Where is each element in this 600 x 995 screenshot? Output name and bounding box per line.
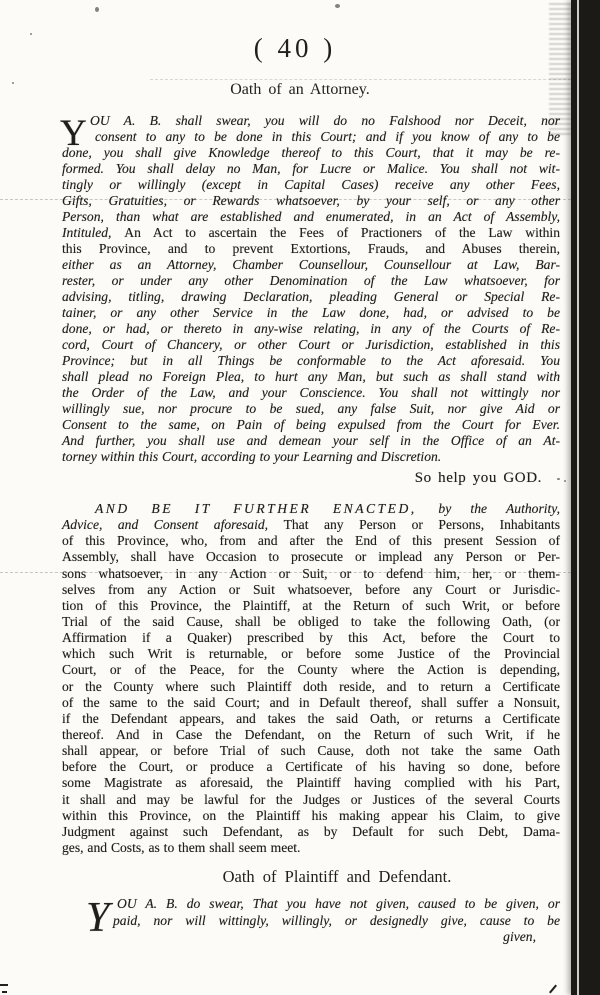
text-line: paid, nor will wittingly, willingly, or … — [62, 913, 560, 930]
text-line: advising, titling, drawing Declaration, … — [62, 289, 560, 305]
section-heading-plaintiff-oath: Oath of Plaintiff and Defendant. — [88, 867, 586, 887]
text-line: some Magistrate as aforesaid, the Plaint… — [62, 775, 560, 791]
ink-speck — [335, 4, 340, 8]
text-line: And further, you shall use and demean yo… — [62, 433, 560, 449]
text-segment: paid, nor will wittingly, willingly, or … — [113, 913, 560, 928]
text-segment: done, or had, or thereto in any-wise rel… — [62, 321, 560, 336]
text-segment: some Magistrate as aforesaid, the Plaint… — [62, 775, 560, 790]
section-heading-attorney-oath: Oath of an Attorney. — [51, 81, 549, 99]
text-line: the Order of the Law, and your Conscienc… — [62, 385, 560, 401]
text-segment: which such Writ is returnable, or before… — [62, 646, 560, 661]
text-line: ges, and Costs, as to them shall seem me… — [62, 840, 560, 856]
text-segment: done, you shall give Knowledge thereof t… — [62, 145, 560, 160]
text-segment: before the Court, or produce a Certifica… — [62, 759, 560, 774]
text-line: Advice, and Consent aforesaid, That any … — [62, 517, 560, 533]
text-segment: Person, than what are established and en… — [62, 209, 560, 224]
text-line: Trial of the said Cause, shall be oblige… — [62, 614, 560, 630]
text-segment: of the same to the said Court; and in De… — [62, 695, 560, 710]
edge-mark — [2, 991, 7, 993]
text-segment: willingly sue, nor procure to be sued, a… — [62, 401, 560, 416]
text-segment: by the Authority, — [438, 501, 560, 516]
text-segment: it shall and may be lawful for the Judge… — [62, 792, 560, 807]
text-line: which such Writ is returnable, or before… — [62, 646, 560, 662]
text-line: before the Court, or produce a Certifica… — [62, 759, 560, 775]
text-line: OU A. B. shall swear, you will do no Fal… — [62, 113, 560, 129]
text-line: Court, or of the Peace, for the County w… — [62, 662, 560, 678]
text-line: this Province, and to prevent Extortions… — [62, 241, 560, 257]
catchword: given, — [62, 929, 560, 945]
text-line: rester, or under any other Denomination … — [62, 273, 560, 289]
plaintiff-oath-paragraph: Y OU A. B. do swear, That you have not g… — [62, 896, 560, 929]
text-segment: or the County where such Plaintiff doth … — [62, 679, 560, 694]
text-line: either as an Attorney, Chamber Counsello… — [62, 257, 560, 273]
text-segment: either as an Attorney, Chamber Counsello… — [62, 257, 560, 272]
edge-mark — [549, 985, 557, 994]
text-segment: Court, or of the Peace, for the County w… — [62, 662, 560, 677]
drop-cap-y: Y — [60, 115, 87, 152]
text-line: Person, than what are established and en… — [62, 209, 560, 225]
text-segment: Intituled, — [62, 225, 124, 240]
text-segment: tingly or willingly (except in Capital C… — [62, 177, 560, 192]
ink-speck — [95, 7, 99, 12]
text-line: if the Defendant appears, and takes the … — [62, 711, 560, 727]
text-line: within this Province, on the Plaintiff h… — [62, 808, 560, 824]
text-segment: rester, or under any other Denomination … — [62, 273, 560, 288]
text-segment: Consent to the same, on Pain of being ex… — [62, 417, 560, 432]
text-segment: And further, you shall use and demean yo… — [62, 433, 560, 448]
text-segment: That any Person or Persons, Inhabitants — [284, 517, 560, 532]
text-line: tainer, or any other Service in the Law … — [62, 305, 560, 321]
text-segment: tion of this Province, the Plaintiff, at… — [62, 598, 560, 613]
text-line: willingly sue, nor procure to be sued, a… — [62, 401, 560, 417]
text-segment: An Act to ascertain the Fees of Praction… — [124, 225, 560, 240]
text-line: AND BE IT FURTHER ENACTED, by the Author… — [62, 501, 560, 517]
text-segment: Assembly, shall have Occasion to prosecu… — [62, 549, 560, 564]
text-segment: shall appear, or before Trial of such Ca… — [62, 743, 560, 758]
text-line: of this Province, who, from and after th… — [62, 533, 560, 549]
text-segment: torney within this Court, according to y… — [62, 449, 441, 464]
text-segment: OU A. B. shall swear, you will do no Fal… — [90, 113, 560, 128]
text-line: selves from any Action or Suit whatsoeve… — [62, 582, 560, 598]
text-line: done, or had, or thereto in any-wise rel… — [62, 321, 560, 337]
text-line: Intituled, An Act to ascertain the Fees … — [62, 225, 560, 241]
book-gutter-shadow — [571, 0, 600, 995]
text-segment: the Order of the Law, and your Conscienc… — [62, 385, 560, 400]
text-segment: consent to any to be done in this Court;… — [95, 129, 560, 144]
text-line: or the County where such Plaintiff doth … — [62, 679, 560, 695]
gutter-highlight-line — [577, 0, 579, 995]
text-segment: AND BE IT FURTHER ENACTED, — [95, 501, 438, 516]
text-segment: cord, Court of Chancery, or other Court … — [62, 337, 560, 352]
text-segment: if the Defendant appears, and takes the … — [62, 711, 560, 726]
text-line: cord, Court of Chancery, or other Court … — [62, 337, 560, 353]
text-line: consent to any to be done in this Court;… — [62, 129, 560, 145]
text-segment: Affirmation if a Quaker) prescribed by t… — [62, 630, 560, 645]
text-line: of the same to the said Court; and in De… — [62, 695, 560, 711]
text-segment: shall plead no Foreign Plea, to hurt any… — [62, 369, 560, 384]
text-line: Judgment against such Defendant, as by D… — [62, 824, 560, 840]
text-line: it shall and may be lawful for the Judge… — [62, 792, 560, 808]
text-line: Province; but in all Things be conformab… — [62, 353, 560, 369]
text-segment: Judgment against such Defendant, as by D… — [62, 824, 560, 839]
text-line: thereof. And in Case the Defendant, on t… — [62, 727, 560, 743]
text-line: Assembly, shall have Occasion to prosecu… — [62, 549, 560, 565]
ink-speck — [564, 480, 566, 482]
text-line: shall plead no Foreign Plea, to hurt any… — [62, 369, 560, 385]
text-line: done, you shall give Knowledge thereof t… — [62, 145, 560, 161]
text-line: shall appear, or before Trial of such Ca… — [62, 743, 560, 759]
text-line: OU A. B. do swear, That you have not giv… — [62, 896, 560, 913]
text-line: tingly or willingly (except in Capital C… — [62, 177, 560, 193]
text-segment: advising, titling, drawing Declaration, … — [62, 289, 560, 304]
ink-speck — [30, 33, 32, 35]
text-segment: Province; but in all Things be conformab… — [62, 353, 560, 368]
enacting-clause-paragraph: AND BE IT FURTHER ENACTED, by the Author… — [62, 501, 560, 856]
text-line: sons whatsoever, in any Action or Suit, … — [62, 566, 560, 582]
text-segment: OU A. B. do swear, That you have not giv… — [117, 896, 560, 911]
text-segment: within this Province, on the Plaintiff h… — [62, 808, 560, 823]
text-segment: of this Province, who, from and after th… — [62, 533, 560, 548]
text-segment: formed. You shall delay no Man, for Lucr… — [62, 161, 560, 176]
text-segment: thereof. And in Case the Defendant, on t… — [62, 727, 560, 742]
text-line: tion of this Province, the Plaintiff, at… — [62, 598, 560, 614]
text-segment: Gifts, Gratuities, or Rewards whatsoever… — [62, 193, 560, 208]
text-line: Affirmation if a Quaker) prescribed by t… — [62, 630, 560, 646]
attorney-oath-paragraph: Y OU A. B. shall swear, you will do no F… — [62, 113, 560, 465]
text-line: formed. You shall delay no Man, for Lucr… — [62, 161, 560, 177]
text-line: Gifts, Gratuities, or Rewards whatsoever… — [62, 193, 560, 209]
scan-fold-line — [150, 79, 571, 80]
text-line: torney within this Court, according to y… — [62, 449, 560, 465]
page-number: ( 40 ) — [46, 33, 544, 64]
ink-speck — [12, 82, 14, 84]
scanned-document-page: ( 40 ) Oath of an Attorney. Y OU A. B. s… — [0, 0, 600, 995]
text-segment: ges, and Costs, as to them shall seem me… — [62, 840, 300, 855]
text-segment: Trial of the said Cause, shall be oblige… — [62, 614, 560, 629]
text-segment: Advice, and Consent aforesaid, — [62, 517, 284, 532]
text-segment: sons whatsoever, in any Action or Suit, … — [62, 566, 560, 581]
oath-closing: So help you GOD. — [62, 470, 560, 487]
text-line: Consent to the same, on Pain of being ex… — [62, 417, 560, 433]
text-segment: this Province, and to prevent Extortions… — [62, 241, 560, 256]
text-segment: selves from any Action or Suit whatsoeve… — [62, 582, 560, 597]
edge-mark — [0, 984, 8, 986]
text-segment: tainer, or any other Service in the Law … — [62, 305, 560, 320]
